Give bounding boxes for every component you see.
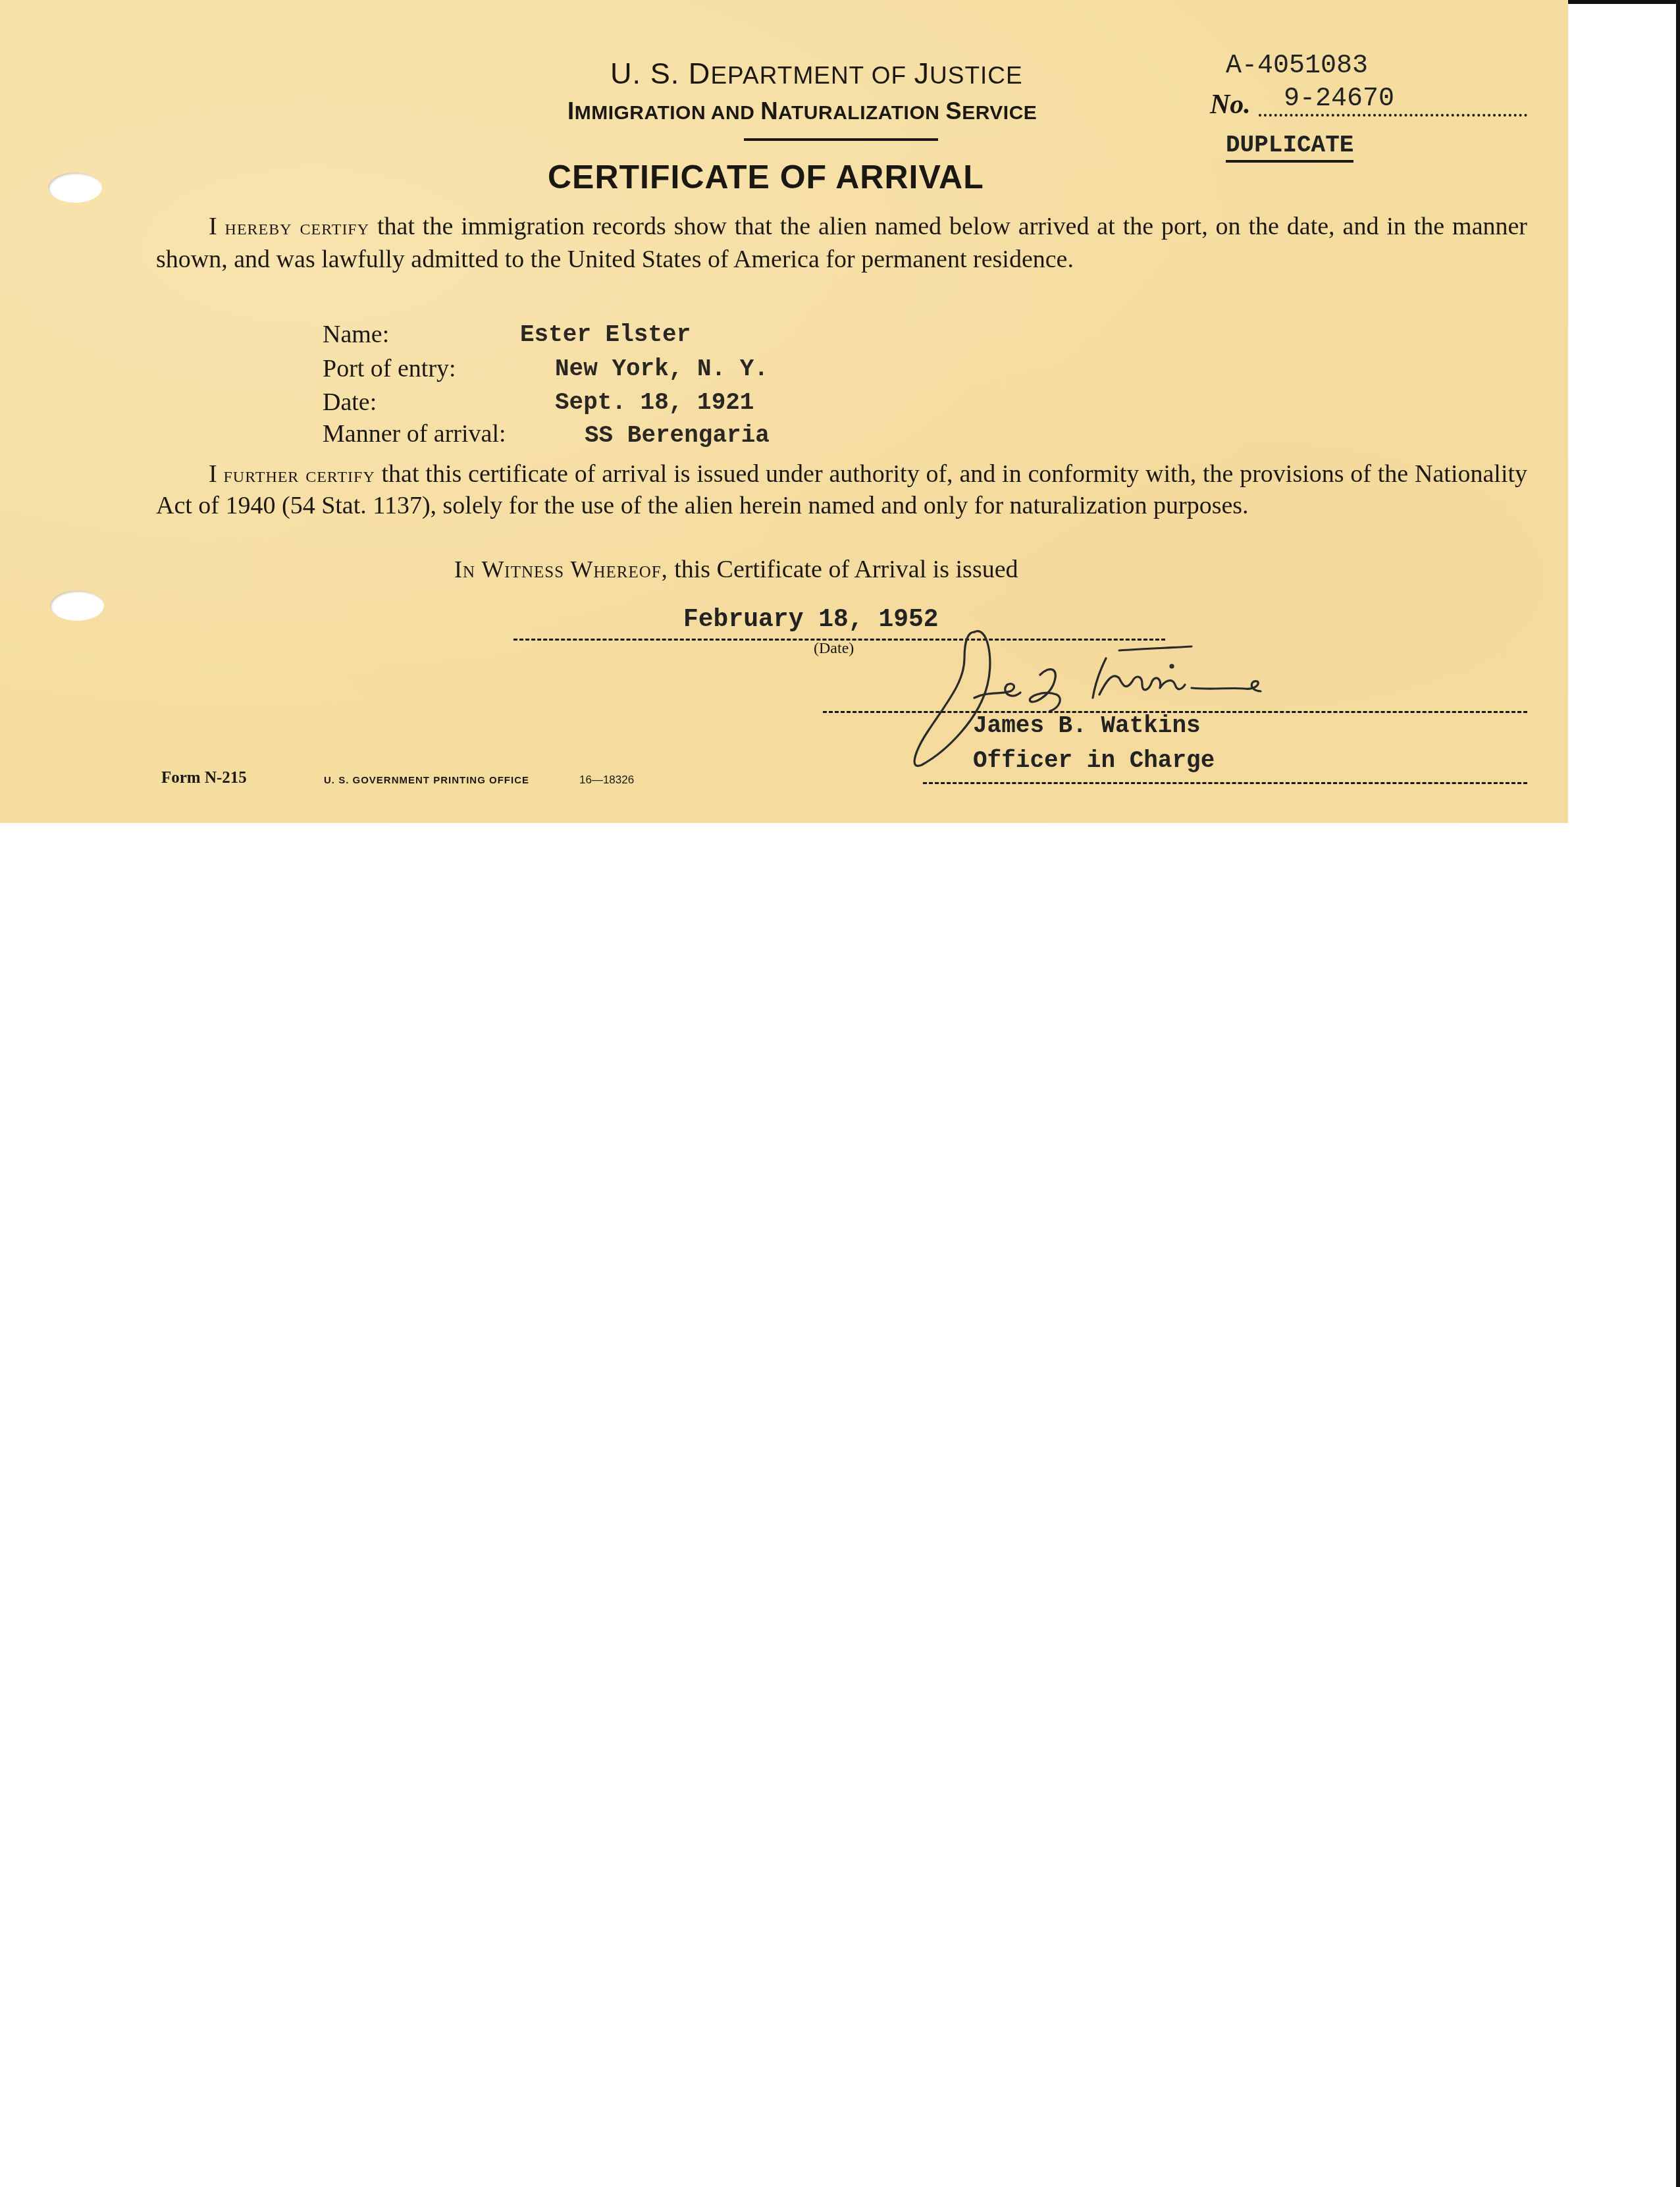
- duplicate-stamp: DUPLICATE: [1226, 132, 1353, 163]
- print-code: 16—18326: [579, 774, 634, 787]
- field-value-name: Ester Elster: [520, 321, 691, 348]
- certificate-paper: U. S. DEPARTMENT OF JUSTICE IMMIGRATION …: [0, 0, 1568, 823]
- field-value-date: Sept. 18, 1921: [555, 389, 754, 416]
- number-label: No.: [1210, 89, 1251, 120]
- punch-hole-top: [48, 172, 102, 203]
- punch-hole-bottom: [50, 591, 104, 621]
- header-rule: [744, 138, 938, 141]
- signatory-title: Officer in Charge: [973, 747, 1215, 774]
- scanner-border-right: [1676, 0, 1680, 2187]
- certificate-number: 9-24670: [1284, 84, 1394, 114]
- scanner-corner: [1568, 4, 1676, 30]
- field-label-name: Name:: [323, 320, 389, 349]
- title-line: [923, 782, 1527, 784]
- certification-paragraph: I hereby certify that the immigration re…: [156, 211, 1527, 275]
- field-label-date: Date:: [323, 388, 377, 417]
- number-dotted-line: [1259, 114, 1527, 117]
- field-value-manner: SS Berengaria: [585, 422, 770, 449]
- signatory-name: James B. Watkins: [973, 712, 1201, 739]
- service-name: IMMIGRATION AND NATURALIZATION SERVICE: [567, 97, 1037, 125]
- witness-statement: In Witness Whereof, this Certificate of …: [454, 555, 1018, 584]
- printer-imprint: U. S. GOVERNMENT PRINTING OFFICE: [324, 775, 529, 786]
- field-label-port: Port of entry:: [323, 354, 456, 383]
- date-caption: (Date): [814, 640, 854, 658]
- issue-date: February 18, 1952: [683, 606, 939, 634]
- field-label-manner: Manner of arrival:: [323, 419, 506, 448]
- certificate-title: CERTIFICATE OF ARRIVAL: [548, 158, 984, 196]
- authority-paragraph: I further certify that this certificate …: [156, 459, 1527, 521]
- alien-registration-number: A-4051083: [1226, 51, 1368, 81]
- field-value-port: New York, N. Y.: [555, 356, 768, 382]
- agency-name: U. S. DEPARTMENT OF JUSTICE: [610, 57, 1023, 91]
- form-number: Form N-215: [161, 769, 247, 787]
